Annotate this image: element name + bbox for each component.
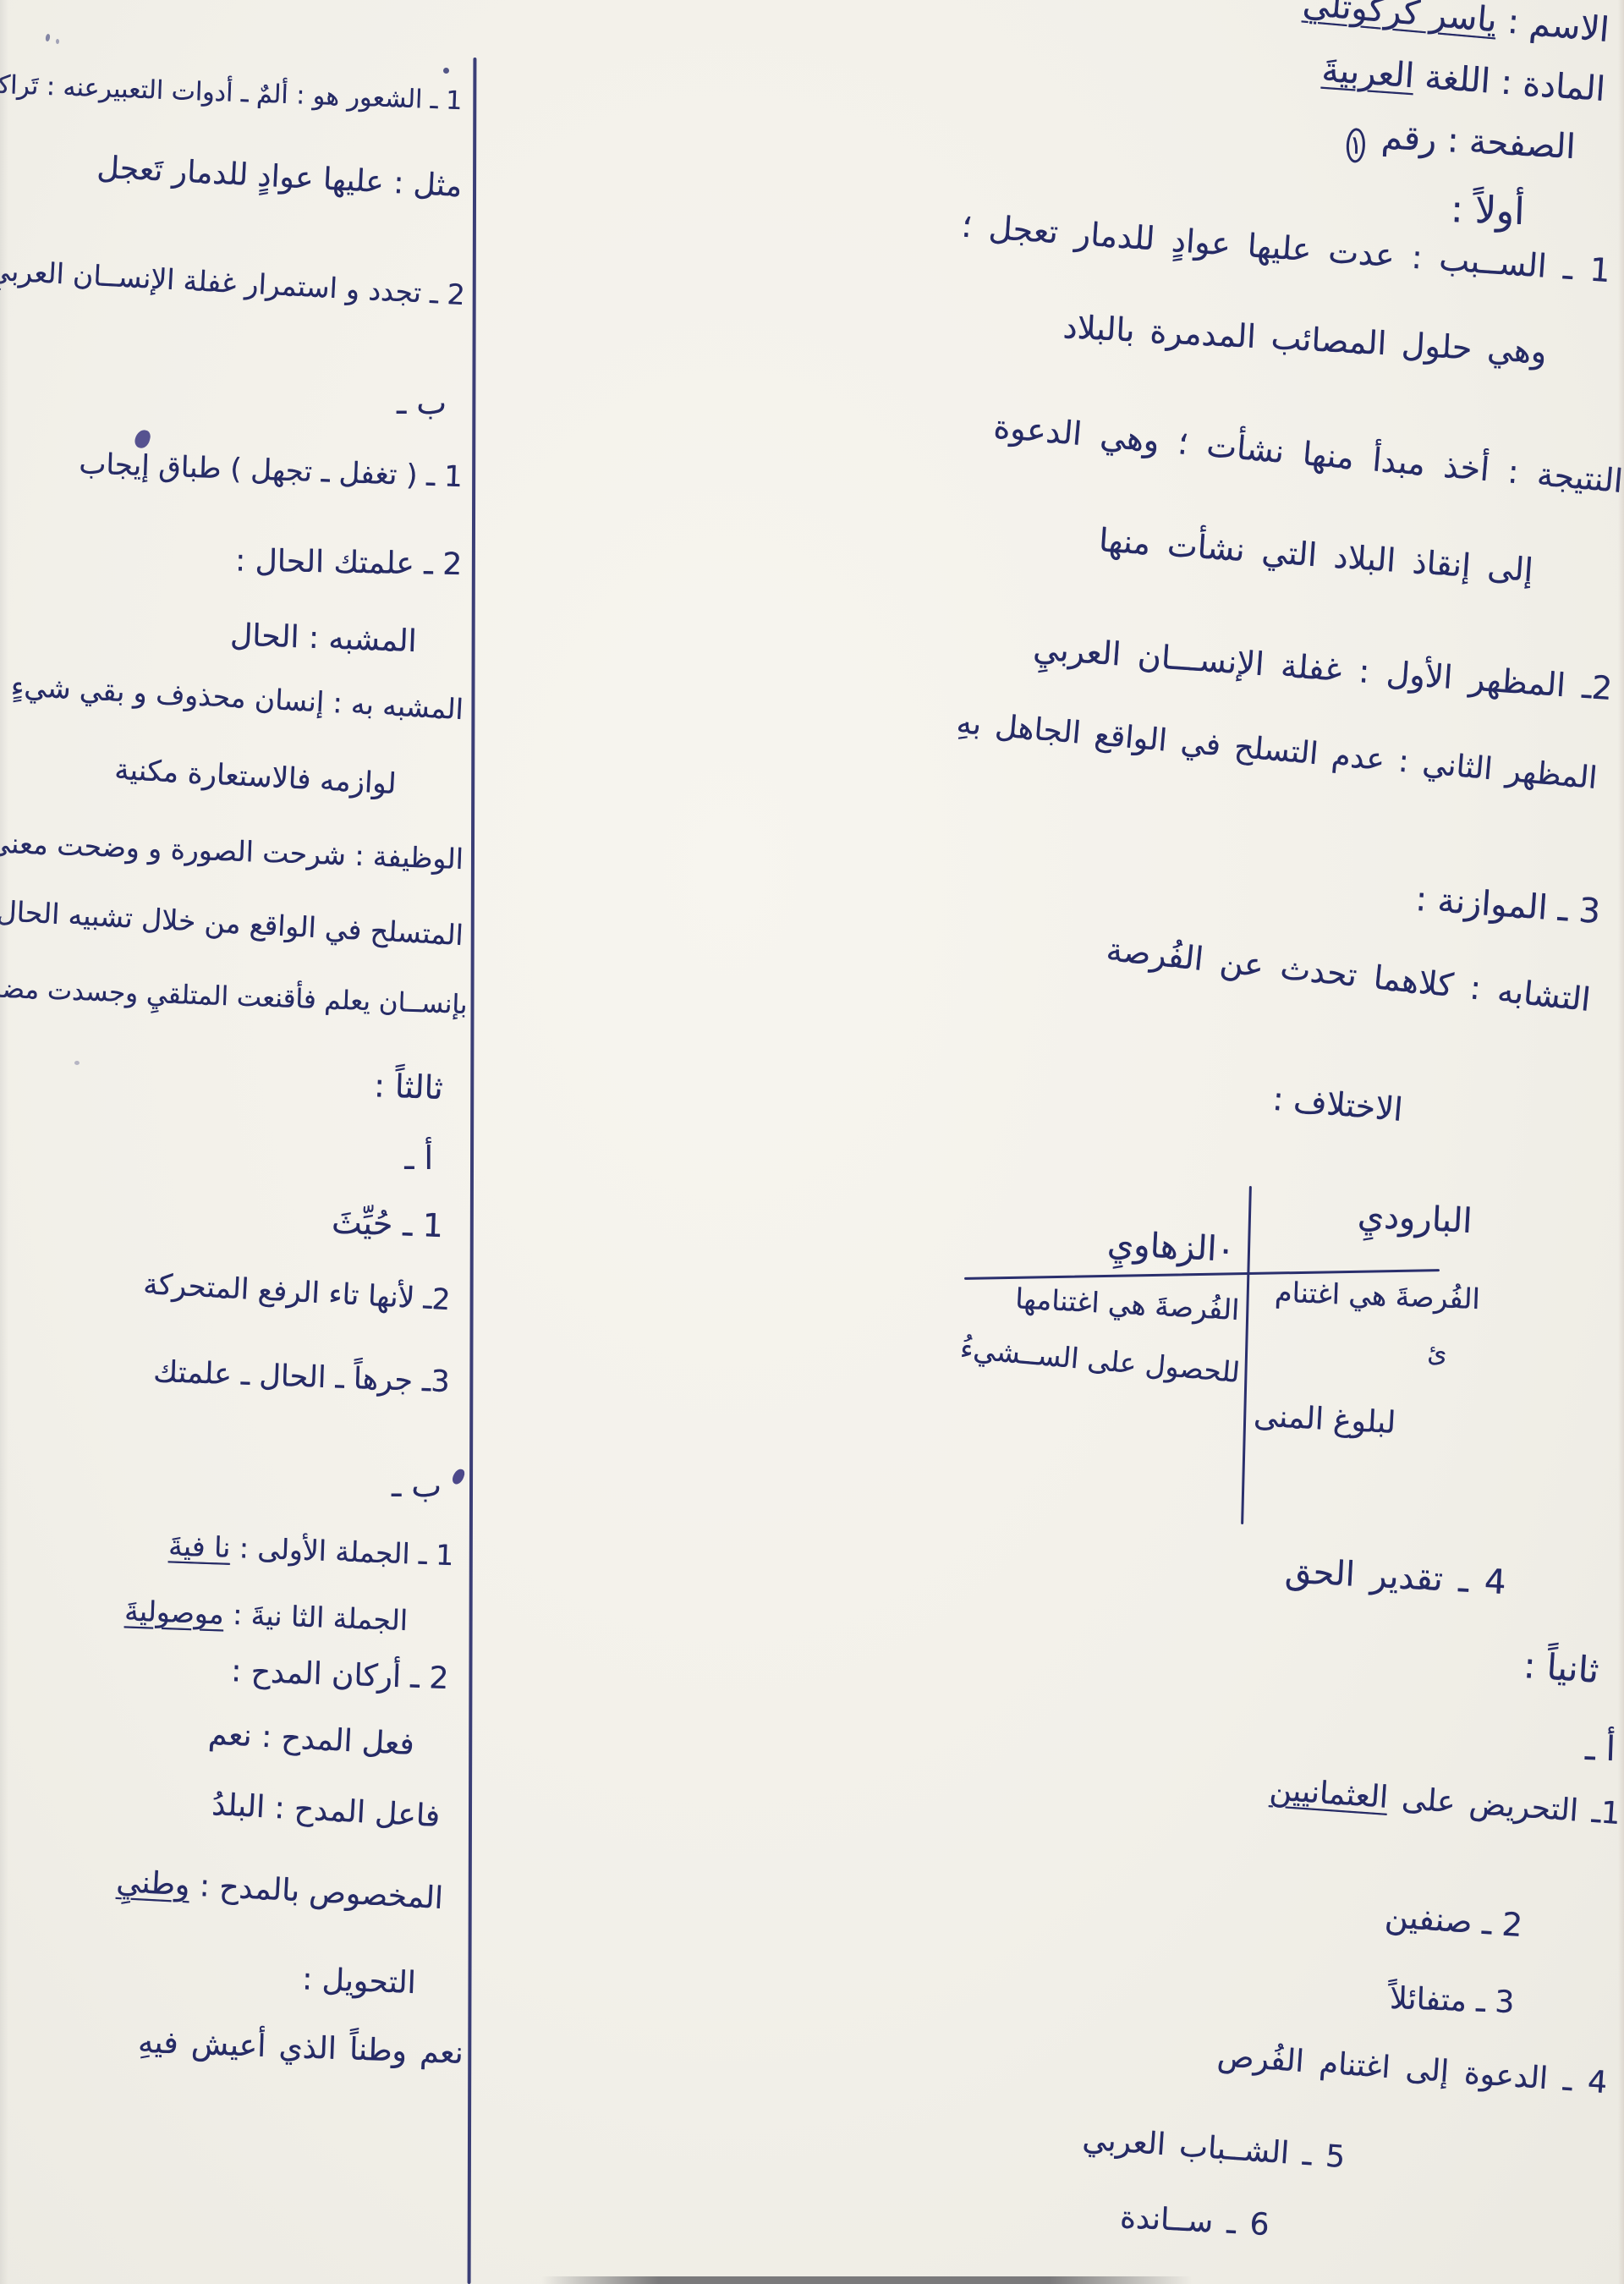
text-run: أ ـ xyxy=(1585,1729,1616,1769)
text-run: أولاً : xyxy=(1450,188,1525,233)
text-run: 2ـ لأنها تاء الرفع المتحركة xyxy=(142,1267,451,1317)
column-divider-line xyxy=(468,58,476,2284)
text-run: ١ xyxy=(1346,128,1366,163)
text-run: وهي حلول المصائب المدمرة بالبلاد xyxy=(1062,308,1547,371)
text-run: 3ـ جرهاً ـ الحال ـ علمتك xyxy=(153,1355,451,1399)
text-run: 1 ـ الشعور هو : ألمٌ ـ أدوات التعبيرعنه … xyxy=(0,69,463,116)
text-run: 5 ـ الشــباب العربي xyxy=(1081,2122,1346,2175)
l1-feeling-line: 1 ـ الشعور هو : ألمٌ ـ أدوات التعبيرعنه … xyxy=(0,68,463,118)
third-a-item3: 3ـ جرهاً ـ الحال ـ علمتك xyxy=(153,1353,451,1403)
text-run: الصفحة : رقم xyxy=(1369,117,1576,167)
text-run: تغفل ـ تجهل ) طباق إيجاب xyxy=(78,447,397,491)
text-run: 4 ـ الدعوة إلى اغتنام الفُرص xyxy=(1216,2039,1609,2100)
simile-vehicle-line: المشبه به : إنسان محذوف و بقي شيءٍ من xyxy=(0,666,464,728)
text-run: الفُرصةَ هي اغتنام xyxy=(1275,1276,1481,1315)
text-run: ب ـ xyxy=(392,1467,442,1504)
text-run: بإنســان يعلم فأقنعت المتلقيِ وجسدت مضمو… xyxy=(0,971,468,1019)
text-run: فاعل المدح : البلدُ xyxy=(211,1787,441,1834)
text-run: ٠الزهاويِ xyxy=(1106,1224,1236,1270)
table-cell-baroudi-3: لبلوغ المنى xyxy=(1253,1397,1396,1444)
transformation-line: نعم وطناً الذي أعيش فيهِ xyxy=(138,2023,464,2074)
text-run: نا فيةَ xyxy=(167,1529,230,1564)
second-item-3: 3 ـ متفائلاً xyxy=(1389,1979,1515,2023)
table-vertical-rule xyxy=(1241,1186,1252,1524)
text-run: المظهر الثاني : عدم التسلح في الواقع الج… xyxy=(955,706,1599,796)
table-header-zahawi: ٠الزهاويِ xyxy=(1106,1222,1236,1272)
section-first-heading: أولاً : xyxy=(1450,185,1525,236)
text-run: لوازمه فالاستعارة مكنية xyxy=(113,753,397,801)
text-run: وطنيِ xyxy=(116,1864,191,1902)
ink-dot xyxy=(45,34,50,42)
third-b-heading: ب ـ xyxy=(392,1465,442,1507)
function-line-2: المتسلح في الواقع من خلال تشبيه الحال xyxy=(0,893,464,954)
handwritten-answer-sheet: الاسم : ياسر كركوتليالمادة : اللغة العرب… xyxy=(0,0,1624,2284)
function-line: الوظيفة : شرحت الصورة و وضحت معنى ( xyxy=(0,825,464,878)
text-run: ئ xyxy=(1426,1338,1447,1369)
praise-subject-line: فاعل المدح : البلدُ xyxy=(211,1786,441,1837)
item-a-crossed: أ ـ xyxy=(1584,1727,1616,1779)
third-b-item1b: الجملة الثا نيةَ : موصوليةَ xyxy=(124,1593,409,1639)
text-run: 2 ـ أركان المدح : xyxy=(230,1654,448,1696)
subject-line: المادة : اللغة العربيةَ xyxy=(1320,48,1606,112)
l1-item2-line: 2 ـ تجدد و استمرار غفلة الإنســان العربي… xyxy=(0,252,466,313)
text-run: 3 ـ الموازنة : xyxy=(1414,880,1602,931)
text-run: الفُرصةَ هي اغتنامها xyxy=(1014,1282,1240,1326)
third-a-item1: 1 ـ حُيِّثَ xyxy=(331,1201,443,1247)
text-run: ياسر كركوتلي xyxy=(1301,0,1498,40)
text-run: 2ـ المظهر الأول : غفلة الإنســـان العربي… xyxy=(1032,629,1613,707)
text-run: نعم وطناً الذي أعيش فيهِ xyxy=(138,2025,464,2071)
text-run: المخصوص بالمدح : xyxy=(189,1868,444,1916)
text-run: مثل : عليها عوادٍ للدمار تَعجل xyxy=(96,150,464,204)
second-item-5: 5 ـ الشــباب العربي xyxy=(1081,2120,1346,2177)
text-run: 1 ـ ( xyxy=(396,458,463,494)
section-second-heading: ثانياً : xyxy=(1522,1643,1600,1694)
scan-left-edge xyxy=(0,0,8,2284)
text-run: 1ـ التحريض على xyxy=(1386,1781,1621,1831)
q4-line: 4 ـ تقدير الحق xyxy=(1284,1549,1507,1605)
praise-verb-line: فعل المدح : نعم xyxy=(208,1715,416,1765)
scan-right-edge xyxy=(1618,0,1624,2284)
text-run: المشبه : الحال xyxy=(229,618,417,659)
text-run: ثالثاً : xyxy=(374,1067,444,1106)
table-header-baroudi: الباروديِ xyxy=(1357,1194,1473,1244)
table-cell-zahawi-2: للحصول على الســشيءُ xyxy=(958,1331,1241,1392)
table-cell-zahawi-1: الفُرصةَ هي اغتنامها xyxy=(1014,1281,1240,1329)
text-run: العثمانيين xyxy=(1268,1772,1389,1815)
q2-aspect1-line: 2ـ المظهر الأول : غفلة الإنســـان العربي… xyxy=(1032,628,1614,710)
student-name-line: الاسم : ياسر كركوتلي xyxy=(1301,0,1610,52)
text-run: 6 ـ ســاندة xyxy=(1119,2200,1270,2243)
text-run: 2 ـ تجدد و استمرار غفلة الإنســان العربي… xyxy=(0,253,466,310)
third-b-item2: 2 ـ أركان المدح : xyxy=(230,1652,449,1699)
text-run: موصوليةَ xyxy=(124,1594,225,1630)
q1-cause-line-2: وهي حلول المصائب المدمرة بالبلاد xyxy=(1062,306,1547,373)
text-run: المادة : اللغة xyxy=(1413,57,1607,109)
text-run: الاسم : xyxy=(1495,1,1610,49)
second-item-2: 2 ـ صنفين xyxy=(1384,1896,1524,1947)
q2-aspect2-line: المظهر الثاني : عدم التسلح في الواقع الج… xyxy=(955,704,1599,799)
q1-result-line-2: إلى إنقاذ البلاد التي نشأت منها xyxy=(1097,519,1533,591)
text-run: إلى إنقاذ البلاد التي نشأت منها xyxy=(1097,521,1533,589)
text-run: لبلوغ المنى xyxy=(1253,1398,1396,1441)
text-run: المتسلح في الواقع من خلال تشبيه الحال xyxy=(0,894,464,952)
text-run: العربيةَ xyxy=(1321,51,1416,96)
section-third-heading: ثالثاً : xyxy=(374,1065,444,1109)
text-run: التشابه : كلاهما تحدث عن الفُرصة xyxy=(1105,931,1592,1018)
text-run: الوظيفة : شرحت الصورة و وضحت معنى ( xyxy=(0,826,464,876)
text-run: ب ـ xyxy=(397,384,447,421)
ink-dot xyxy=(56,39,59,44)
text-run: 1 ـ الجملة الأولى : xyxy=(230,1531,454,1572)
q3-difference-line: الاختلاف : xyxy=(1270,1079,1404,1132)
l1-example-line: مثل : عليها عوادٍ للدمار تَعجل xyxy=(96,148,463,206)
text-run: النتيجة : أخذ مبدأ منها نشأت ؛ وهي الدعو… xyxy=(992,408,1624,500)
third-a-item2: 2ـ لأنها تاء الرفع المتحركة xyxy=(142,1266,451,1319)
q3-heading: 3 ـ الموازنة : xyxy=(1414,877,1602,934)
text-run: ثانياً : xyxy=(1522,1644,1599,1691)
second-item-6: 6 ـ ســاندة xyxy=(1119,2199,1270,2246)
q1-result-line: النتيجة : أخذ مبدأ منها نشأت ؛ وهي الدعو… xyxy=(991,406,1624,502)
page-number-line: الصفحة : رقم ١ xyxy=(1346,113,1577,173)
text-run: 4 ـ تقدير الحق xyxy=(1284,1551,1506,1602)
q3-similarity-line: التشابه : كلاهما تحدث عن الفُرصة xyxy=(1105,929,1593,1021)
ink-dot xyxy=(74,1061,80,1065)
function-line-3: بإنســان يعلم فأقنعت المتلقيِ وجسدت مضمو… xyxy=(0,969,468,1022)
simile-vehicle-line-2: لوازمه فالاستعارة مكنية xyxy=(113,751,397,804)
text-run: 2 ـ علمتك الحال : xyxy=(235,543,463,582)
b-item2-line: 2 ـ علمتك الحال : xyxy=(235,541,463,585)
table-cell-baroudi-2-scribble: ئ xyxy=(1426,1337,1447,1378)
item-b-heading: ب ـ xyxy=(397,382,447,424)
ink-dot xyxy=(443,68,449,74)
table-cell-baroudi-1: الفُرصةَ هي اغتنام xyxy=(1275,1275,1481,1318)
text-run: الجملة الثا نيةَ : xyxy=(223,1597,409,1637)
text-run: التحويل : xyxy=(302,1962,417,2001)
transformation-heading: التحويل : xyxy=(302,1960,417,2003)
text-run: الباروديِ xyxy=(1357,1196,1473,1241)
text-run: فعل المدح : نعم xyxy=(208,1716,415,1762)
praise-specified-line: المخصوص بالمدح : وطنيِ xyxy=(116,1863,445,1919)
text-run: للحصول على الســشيءُ xyxy=(958,1331,1241,1389)
text-run: الاختلاف : xyxy=(1271,1080,1404,1128)
text-run: 1 ـ حُيِّثَ xyxy=(332,1203,444,1244)
ink-blot xyxy=(451,1467,466,1485)
text-run: 2 ـ صنفين xyxy=(1384,1897,1524,1944)
text-run: المشبه به : إنسان محذوف و بقي شيءٍ من xyxy=(0,667,464,726)
third-b-item1: 1 ـ الجملة الأولى : نا فيةَ xyxy=(167,1528,453,1574)
second-item-1: 1ـ التحريض على العثمانيين xyxy=(1268,1771,1621,1835)
b-item1-line: 1 ـ ( تغفل ـ تجهل ) طباق إيجاب xyxy=(78,445,463,503)
scan-bottom-edge xyxy=(541,2276,1193,2284)
second-item-4: 4 ـ الدعوة إلى اغتنام الفُرص xyxy=(1216,2037,1609,2104)
text-run: 3 ـ متفائلاً xyxy=(1389,1981,1515,2020)
text-run: أ ـ xyxy=(404,1139,433,1177)
simile-topic-line: المشبه : الحال xyxy=(229,616,417,662)
third-a-heading: أ ـ xyxy=(404,1138,433,1179)
